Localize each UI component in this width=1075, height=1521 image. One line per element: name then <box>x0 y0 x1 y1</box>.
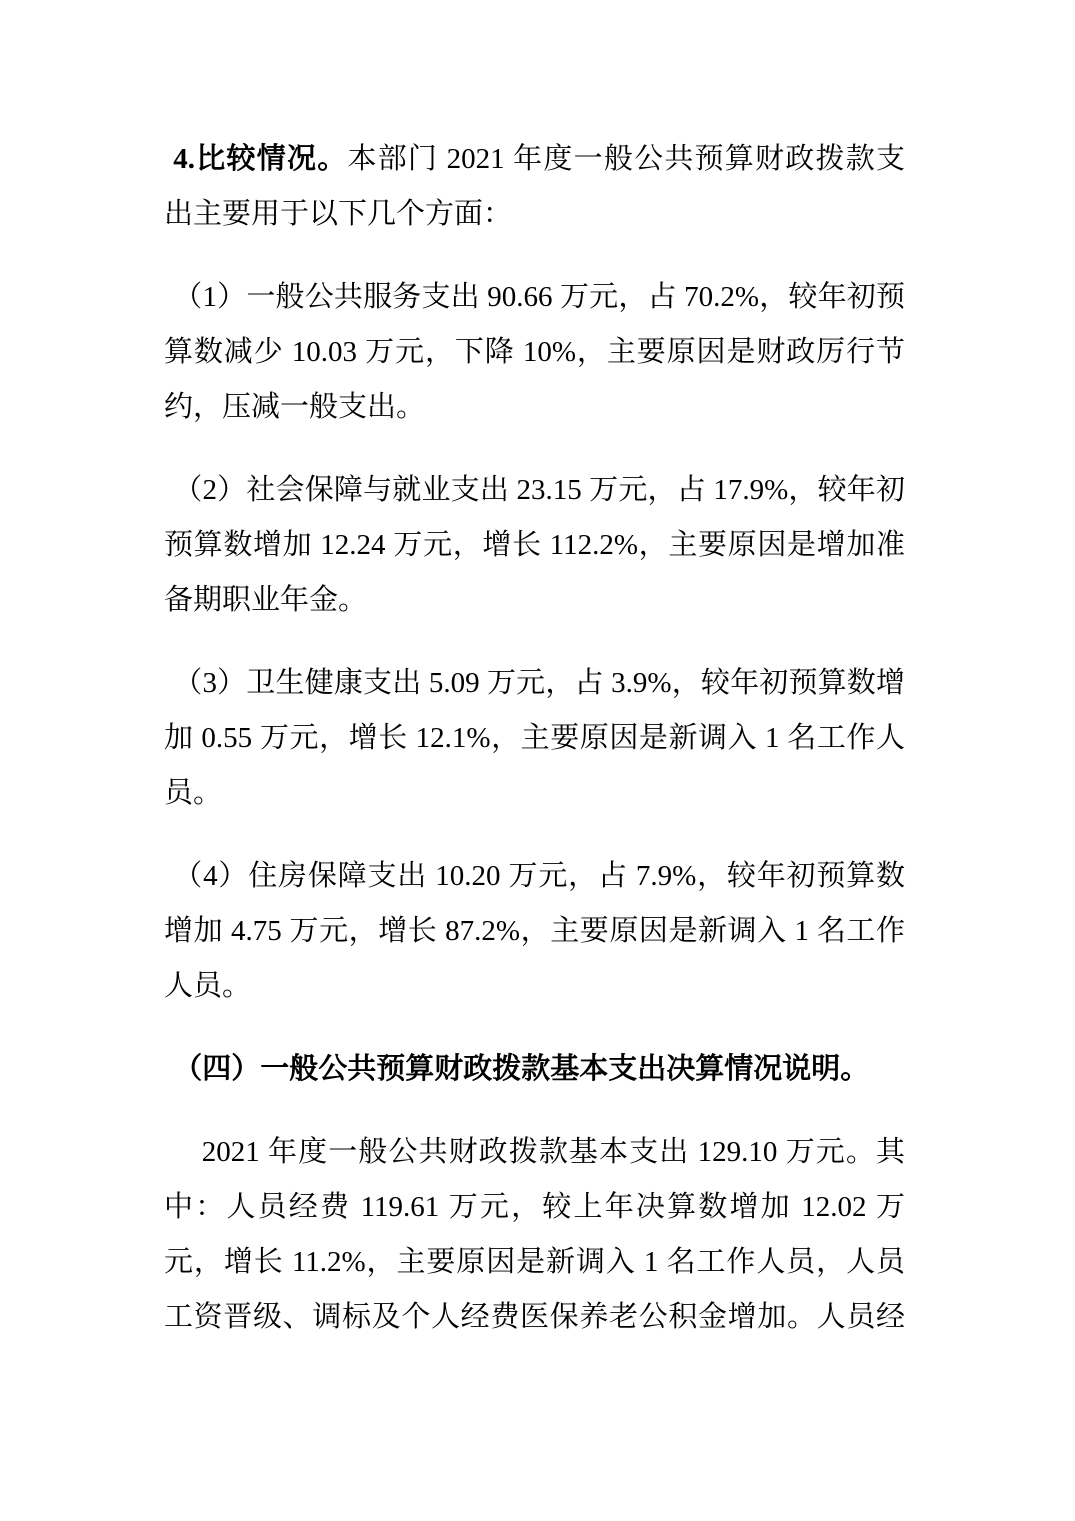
paragraph-basic-expenditure-detail: 2021 年度一般公共财政拨款基本支出 129.10 万元。其中：人员经费 11… <box>164 1125 905 1345</box>
paragraph-item-2-social-security-employment: （2）社会保障与就业支出 23.15 万元，占 17.9%，较年初预算数增加 1… <box>164 463 905 628</box>
document-page: 4.比较情况。本部门 2021 年度一般公共预算财政拨款支出主要用于以下几个方面… <box>0 0 1075 1521</box>
paragraph-item-3-health: （3）卫生健康支出 5.09 万元，占 3.9%，较年初预算数增加 0.55 万… <box>164 656 905 821</box>
paragraph-comparison-overview: 4.比较情况。本部门 2021 年度一般公共预算财政拨款支出主要用于以下几个方面… <box>164 132 905 242</box>
paragraph-item-4-housing-security: （4）住房保障支出 10.20 万元，占 7.9%，较年初预算数增加 4.75 … <box>164 849 905 1014</box>
paragraph-bold-lead: 4.比较情况。 <box>173 143 347 175</box>
section-heading-basic-expenditure: （四）一般公共预算财政拨款基本支出决算情况说明。 <box>164 1042 905 1097</box>
paragraph-item-1-general-public-services: （1）一般公共服务支出 90.66 万元，占 70.2%，较年初预算数减少 10… <box>164 270 905 435</box>
